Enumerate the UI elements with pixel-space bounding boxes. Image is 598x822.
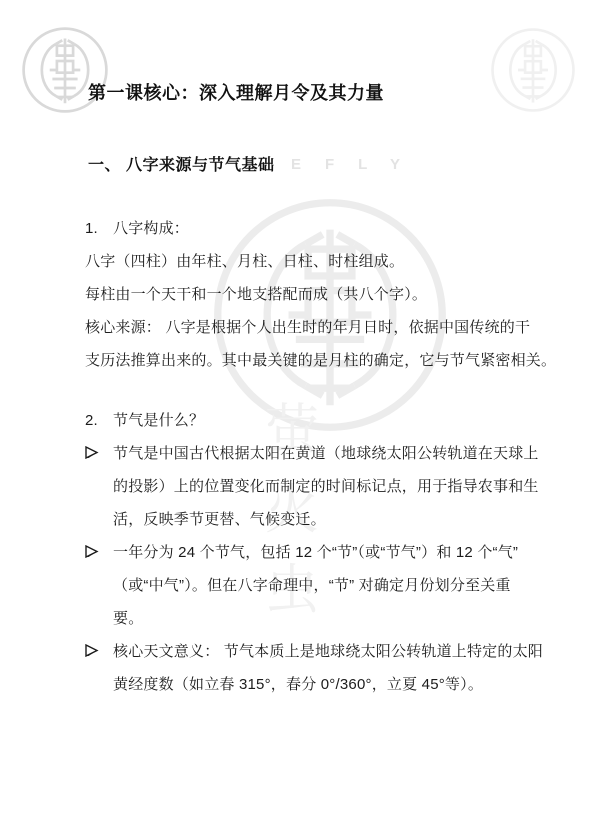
page-title: 第一课核心：深入理解月令及其力量 [88, 80, 384, 106]
paragraph-line: 核心来源： 八字是根据个人出生时的年月日时，依据中国传统的干 [85, 311, 545, 344]
bullet-arrow-icon [85, 437, 113, 470]
item-1-heading-line: 1.八字构成： [85, 212, 545, 245]
bullet-text: 一年分为 24 个节气，包括 12 个“节”（或“节气”）和 12 个“气” [113, 544, 518, 561]
bullet-arrow-icon [85, 635, 113, 668]
bullet-line: 核心天文意义： 节气本质上是地球绕太阳公转轨道上特定的太阳 [85, 635, 545, 668]
section-heading: 一、 八字来源与节气基础 [88, 154, 274, 178]
bullet-arrow-icon [85, 536, 113, 569]
bullet-continuation-line: （或“中气”）。但在八字命理中，“节” 对确定月份划分至关重 [85, 569, 545, 602]
item-1-title: 八字构成： [113, 220, 189, 237]
item-1-block: 1.八字构成： 八字（四柱）由年柱、月柱、日柱、时柱组成。 每柱由一个天干和一个… [85, 212, 545, 377]
bullet-continuation-line: 活，反映季节更替、气候变迁。 [85, 503, 545, 536]
item-2-title: 节气是什么？ [113, 412, 204, 429]
paragraph-line: 八字（四柱）由年柱、月柱、日柱、时柱组成。 [85, 245, 545, 278]
item-2-number: 2. [85, 404, 113, 437]
item-2-heading-line: 2.节气是什么？ [85, 404, 545, 437]
bullet-line: 节气是中国古代根据太阳在黄道（地球绕太阳公转轨道在天球上 [85, 437, 545, 470]
bullet-line: 一年分为 24 个节气，包括 12 个“节”（或“节气”）和 12 个“气” [85, 536, 545, 569]
bullet-continuation-line: 要。 [85, 602, 545, 635]
document-page: 第一课核心：深入理解月令及其力量 一、 八字来源与节气基础 1.八字构成： 八字… [0, 0, 598, 822]
bullet-continuation-line: 黄经度数（如立春 315°，春分 0°/360°，立夏 45°等）。 [85, 668, 545, 701]
paragraph-line: 每柱由一个天干和一个地支搭配而成（共八个字）。 [85, 278, 545, 311]
bullet-continuation-line: 的投影）上的位置变化而制定的时间标记点，用于指导农事和生 [85, 470, 545, 503]
paragraph-line: 支历法推算出来的。其中最关键的是月柱的确定，它与节气紧密相关。 [85, 344, 545, 377]
bullet-text: 节气是中国古代根据太阳在黄道（地球绕太阳公转轨道在天球上 [113, 445, 539, 462]
bullet-text: 核心天文意义： 节气本质上是地球绕太阳公转轨道上特定的太阳 [113, 643, 543, 660]
item-2-block: 2.节气是什么？ 节气是中国古代根据太阳在黄道（地球绕太阳公转轨道在天球上 的投… [85, 404, 545, 701]
item-1-number: 1. [85, 212, 113, 245]
